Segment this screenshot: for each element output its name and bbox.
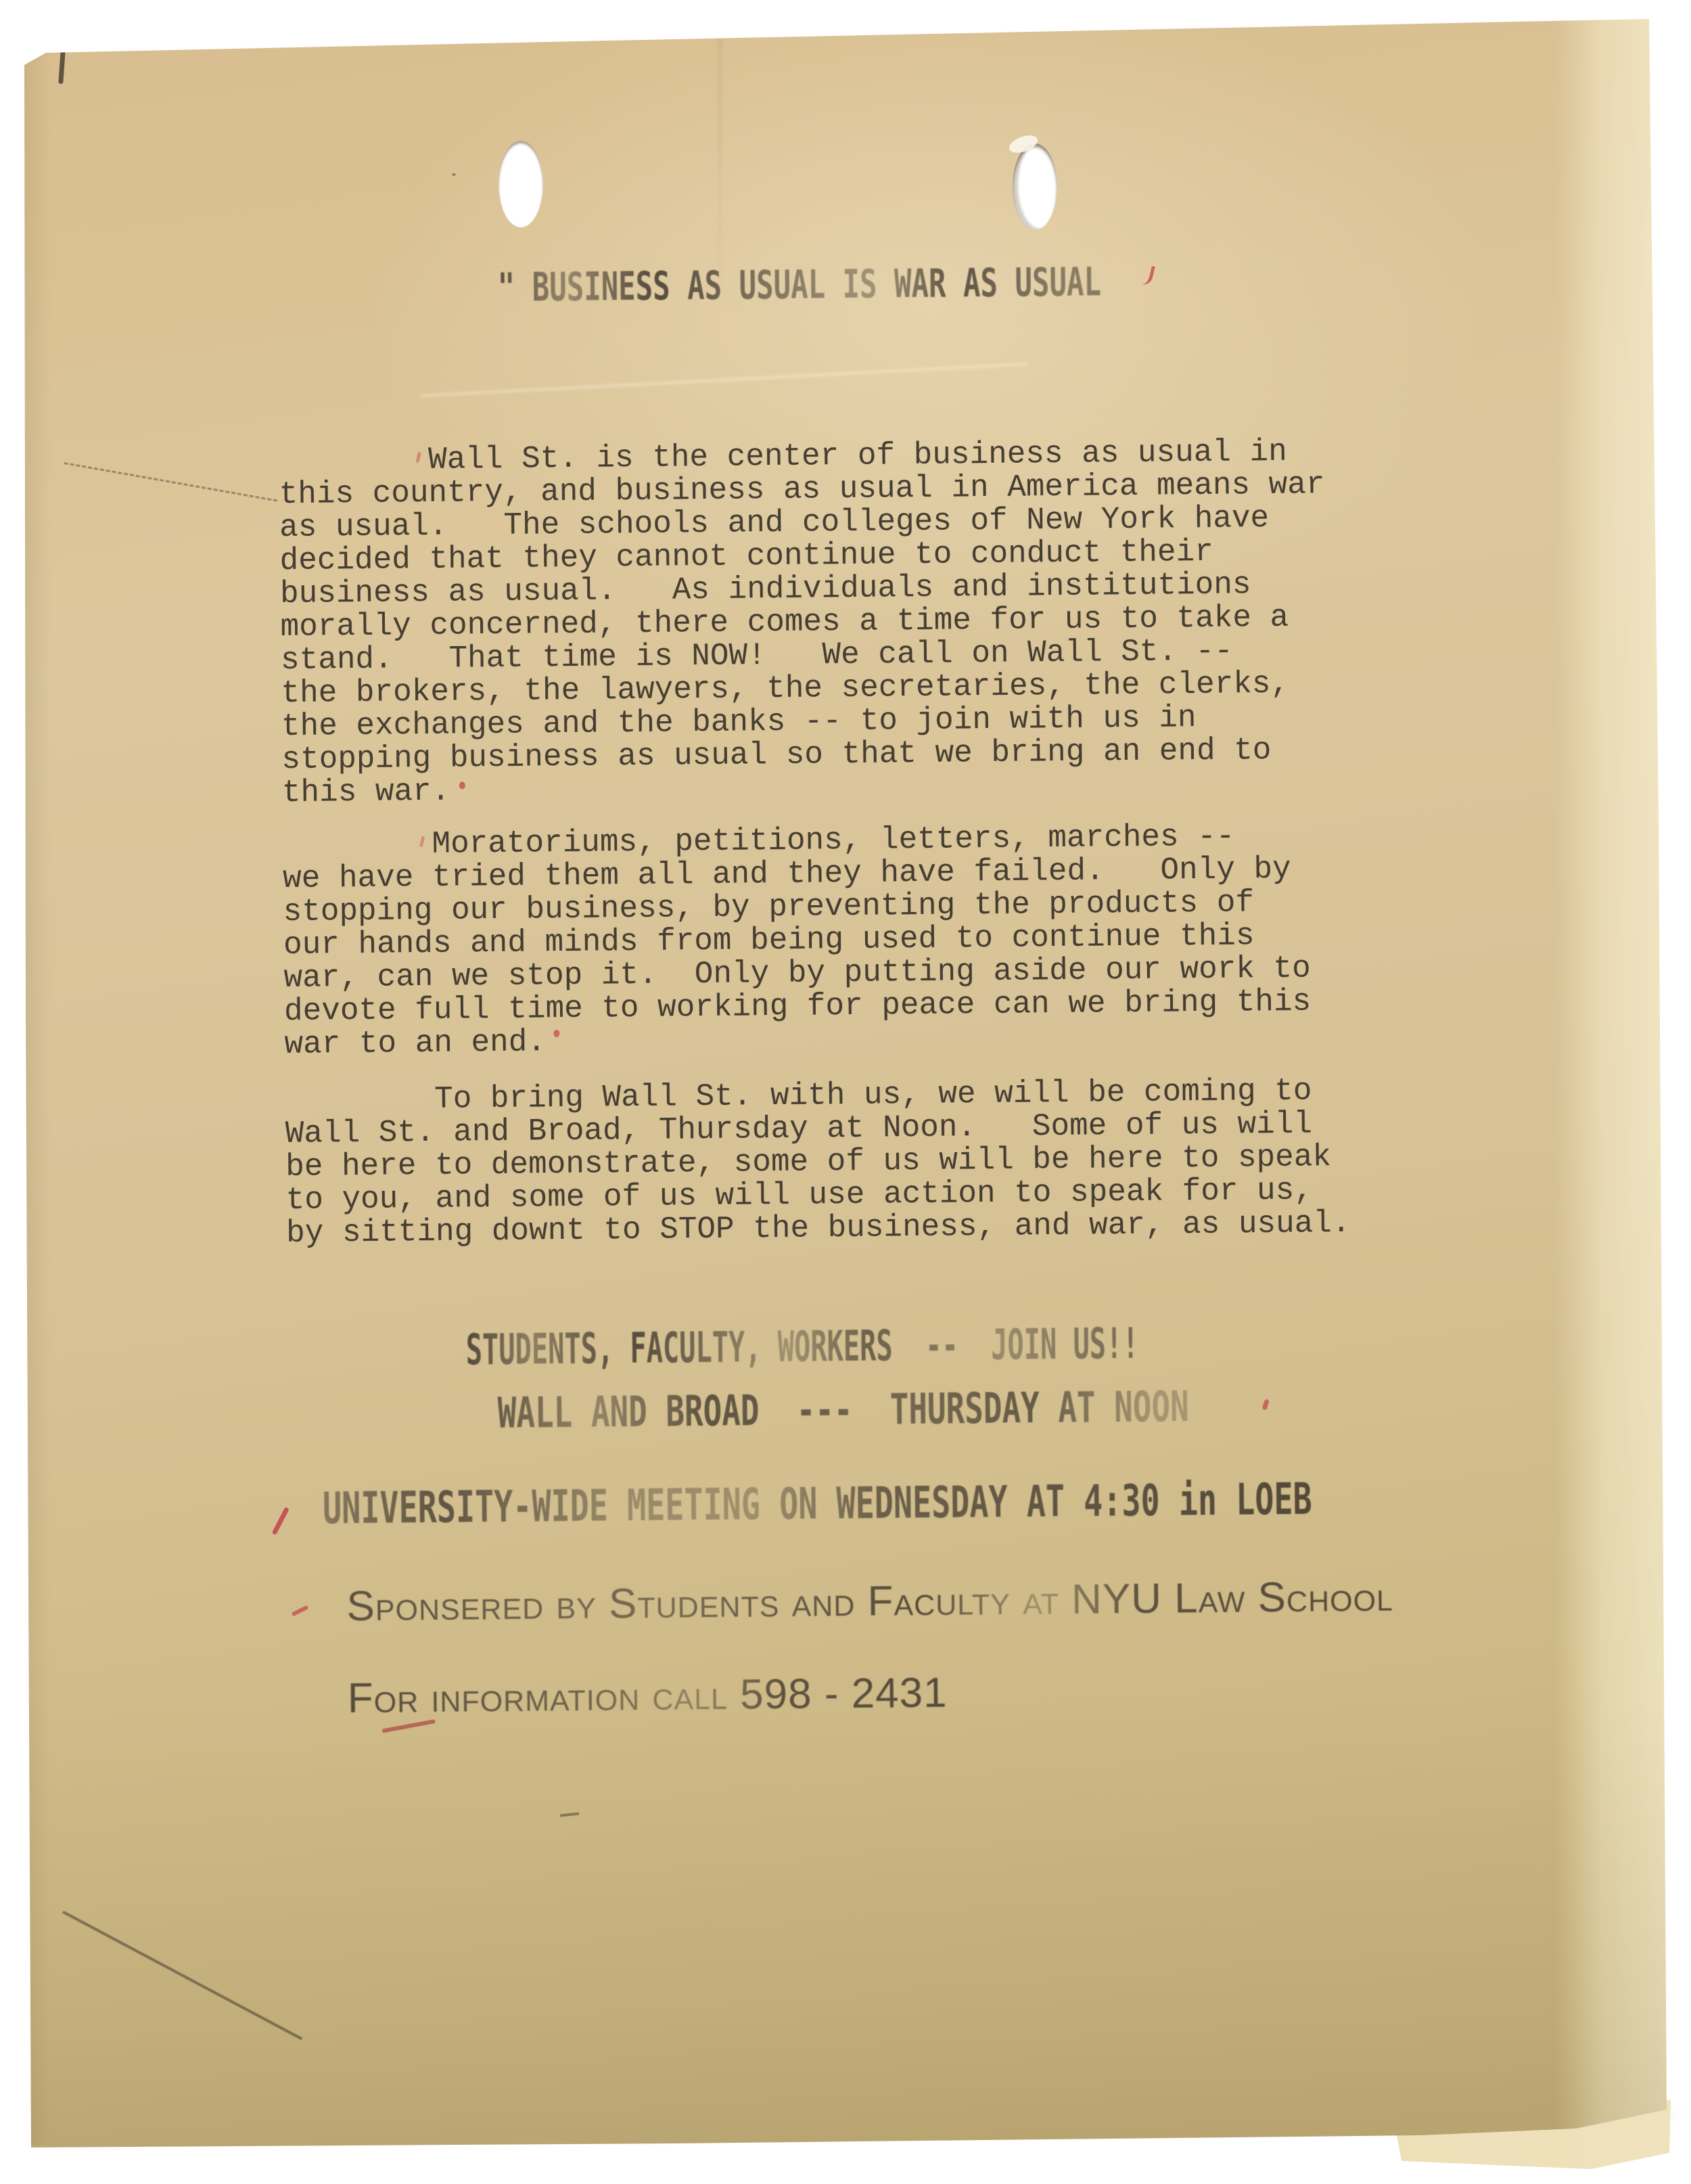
stamp-line-university-meeting: UNIVERSITY-WIDE MEETING ON WEDNESDAY AT …: [323, 1474, 1678, 1531]
document-title: " BUSINESS AS USUAL IS WAR AS USUAL: [497, 259, 1324, 308]
paper-sheet: " BUSINESS AS USUAL IS WAR AS USUAL Wall…: [0, 0, 1691, 2184]
pencil-dot: [452, 173, 456, 176]
paragraph-1: Wall St. is the center of business as us…: [279, 435, 1328, 810]
paragraph-3: To bring Wall St. with us, we will be co…: [285, 1074, 1351, 1250]
stamp-line-wall-and-broad: WALL AND BROAD --- THURSDAY AT NOON: [497, 1383, 1432, 1435]
red-pen-check: [292, 1605, 309, 1616]
stamp-line-join-us: STUDENTS, FACULTY, WORKERS -- JOIN US!!: [466, 1319, 1502, 1372]
red-pen-dot: [459, 781, 465, 789]
scanned-flyer-page: " BUSINESS AS USUAL IS WAR AS USUAL Wall…: [0, 0, 1691, 2184]
red-pen-check: [271, 1507, 289, 1535]
typed-content: " BUSINESS AS USUAL IS WAR AS USUAL Wall…: [0, 0, 1691, 2184]
red-pen-underline: [381, 1719, 436, 1733]
stamp-line-information: For information call 598 - 2431: [347, 1672, 947, 1721]
paragraph-2: Moratoriums, petitions, letters, marches…: [282, 819, 1311, 1062]
red-pen-dot: [553, 1030, 559, 1037]
stamp-line-sponsored: Sponsered by Students and Faculty at NYU…: [346, 1575, 1393, 1629]
